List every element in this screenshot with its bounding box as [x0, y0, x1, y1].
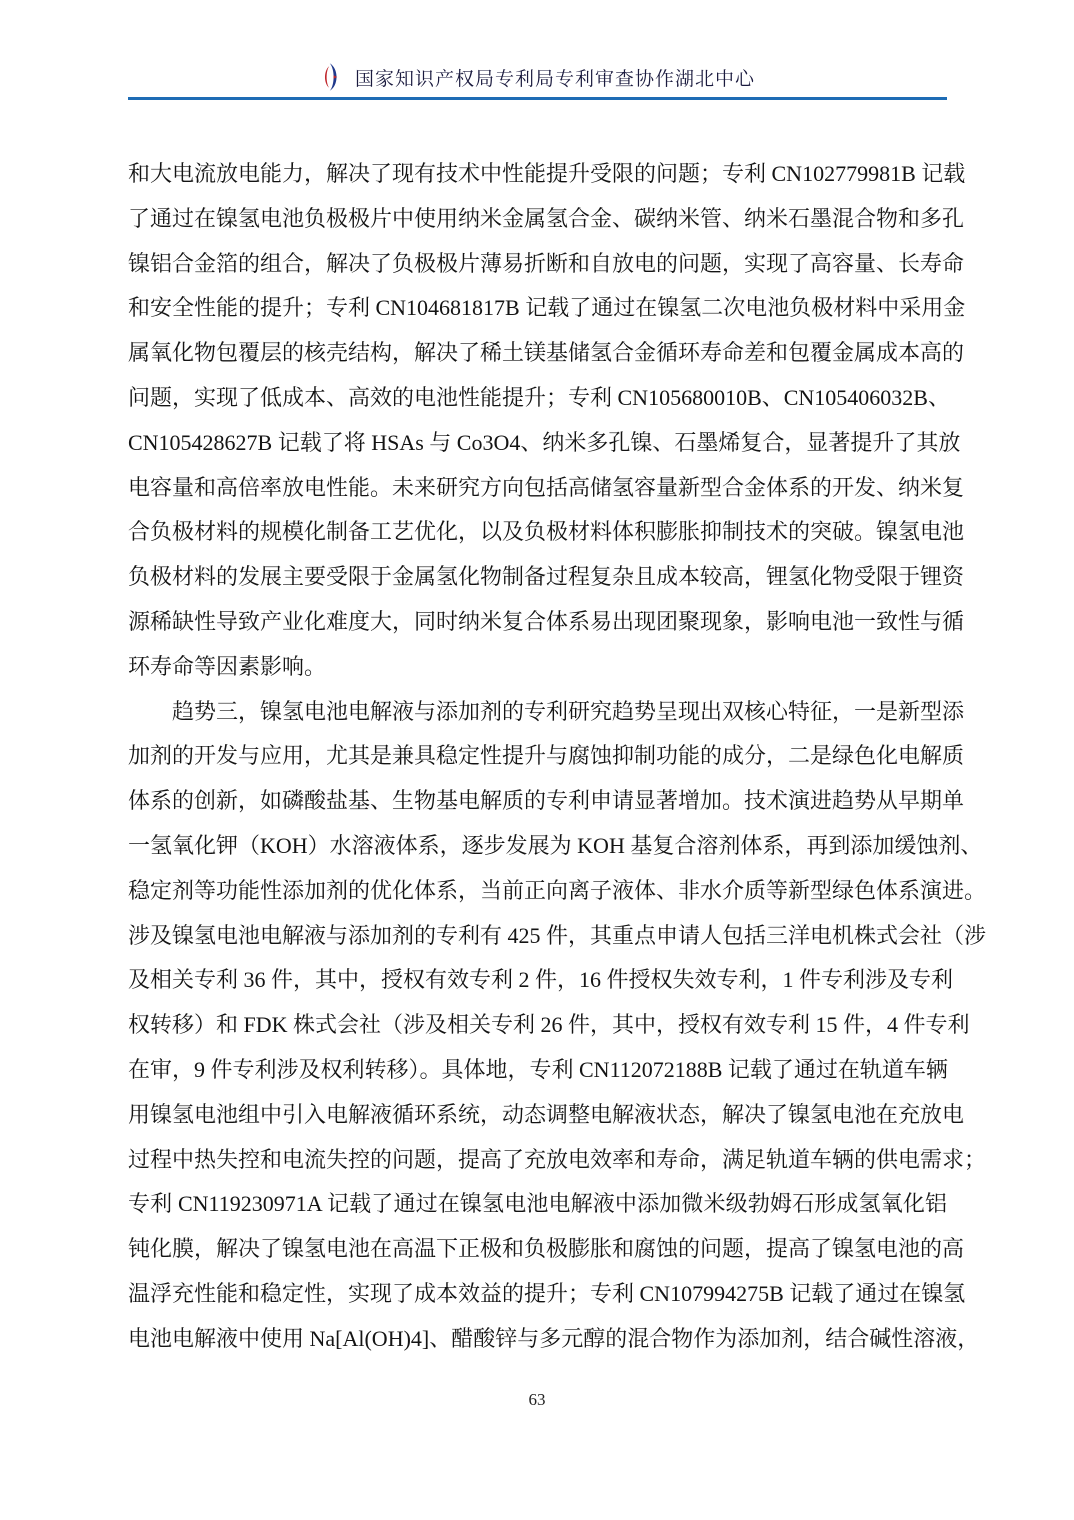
- page-footer: 63: [0, 1390, 1074, 1410]
- header-title: 国家知识产权局专利局专利审查协作湖北中心: [355, 64, 755, 91]
- text-line: CN105428627B 记载了将 HSAs 与 Co3O4、纳米多孔镍、石墨烯…: [128, 421, 947, 466]
- text-line: 及相关专利 36 件，其中，授权有效专利 2 件，16 件授权失效专利，1 件专…: [128, 958, 947, 1003]
- text-line: 镍铝合金箔的组合，解决了负极极片薄易折断和自放电的问题，实现了高容量、长寿命: [128, 242, 947, 287]
- text-line: 和大电流放电能力，解决了现有技术中性能提升受限的问题；专利 CN10277998…: [128, 152, 947, 197]
- text-line: 钝化膜，解决了镍氢电池在高温下正极和负极膨胀和腐蚀的问题，提高了镍氢电池的高: [128, 1227, 947, 1272]
- cnipa-hubei-center-logo-icon: [320, 62, 341, 92]
- text-line: 属氧化物包覆层的核壳结构，解决了稀土镁基储氢合金循环寿命差和包覆金属成本高的: [128, 331, 947, 376]
- text-line: 和安全性能的提升；专利 CN104681817B 记载了通过在镍氢二次电池负极材…: [128, 286, 947, 331]
- page-number: 63: [529, 1390, 546, 1409]
- text-line: 权转移）和 FDK 株式会社（涉及相关专利 26 件，其中，授权有效专利 15 …: [128, 1003, 947, 1048]
- text-line: 专利 CN119230971A 记载了通过在镍氢电池电解液中添加微米级勃姆石形成…: [128, 1182, 947, 1227]
- text-line: 加剂的开发与应用，尤其是兼具稳定性提升与腐蚀抑制功能的成分，二是绿色化电解质: [128, 734, 947, 779]
- text-line: 过程中热失控和电流失控的问题，提高了充放电效率和寿命，满足轨道车辆的供电需求；: [128, 1138, 947, 1183]
- text-line: 源稀缺性导致产业化难度大，同时纳米复合体系易出现团聚现象，影响电池一致性与循: [128, 600, 947, 645]
- text-line: 在审，9 件专利涉及权利转移）。具体地，专利 CN112072188B 记载了通…: [128, 1048, 947, 1093]
- document-body: 和大电流放电能力，解决了现有技术中性能提升受限的问题；专利 CN10277998…: [128, 152, 947, 1362]
- text-line: 涉及镍氢电池电解液与添加剂的专利有 425 件，其重点申请人包括三洋电机株式会社…: [128, 914, 947, 959]
- text-line: 稳定剂等功能性添加剂的优化体系，当前正向离子液体、非水介质等新型绿色体系演进。: [128, 869, 947, 914]
- page-header: 国家知识产权局专利局专利审查协作湖北中心: [128, 0, 947, 100]
- text-line: 问题，实现了低成本、高效的电池性能提升；专利 CN105680010B、CN10…: [128, 376, 947, 421]
- text-line: 负极材料的发展主要受限于金属氢化物制备过程复杂且成本较高，锂氢化物受限于锂资: [128, 555, 947, 600]
- text-line: 温浮充性能和稳定性，实现了成本效益的提升；专利 CN107994275B 记载了…: [128, 1272, 947, 1317]
- text-line: 电池电解液中使用 Na[Al(OH)4]、醋酸锌与多元醇的混合物作为添加剂，结合…: [128, 1317, 947, 1362]
- text-line: 趋势三，镍氢电池电解液与添加剂的专利研究趋势呈现出双核心特征，一是新型添: [128, 690, 947, 735]
- text-line: 电容量和高倍率放电性能。未来研究方向包括高储氢容量新型合金体系的开发、纳米复: [128, 466, 947, 511]
- text-line: 合负极材料的规模化制备工艺优化，以及负极材料体积膨胀抑制技术的突破。镍氢电池: [128, 510, 947, 555]
- header-brand: 国家知识产权局专利局专利审查协作湖北中心: [128, 60, 947, 94]
- text-line: 了通过在镍氢电池负极极片中使用纳米金属氢合金、碳纳米管、纳米石墨混合物和多孔: [128, 197, 947, 242]
- text-line: 体系的创新，如磷酸盐基、生物基电解质的专利申请显著增加。技术演进趋势从早期单: [128, 779, 947, 824]
- header-rule-line: [128, 97, 947, 100]
- document-page: 国家知识产权局专利局专利审查协作湖北中心 和大电流放电能力，解决了现有技术中性能…: [0, 0, 1074, 1520]
- paragraph: 趋势三，镍氢电池电解液与添加剂的专利研究趋势呈现出双核心特征，一是新型添加剂的开…: [128, 690, 947, 1362]
- text-line: 环寿命等因素影响。: [128, 645, 947, 690]
- paragraph: 和大电流放电能力，解决了现有技术中性能提升受限的问题；专利 CN10277998…: [128, 152, 947, 690]
- text-line: 用镍氢电池组中引入电解液循环系统，动态调整电解液状态，解决了镍氢电池在充放电: [128, 1093, 947, 1138]
- text-line: 一氢氧化钾（KOH）水溶液体系，逐步发展为 KOH 基复合溶剂体系，再到添加缓蚀…: [128, 824, 947, 869]
